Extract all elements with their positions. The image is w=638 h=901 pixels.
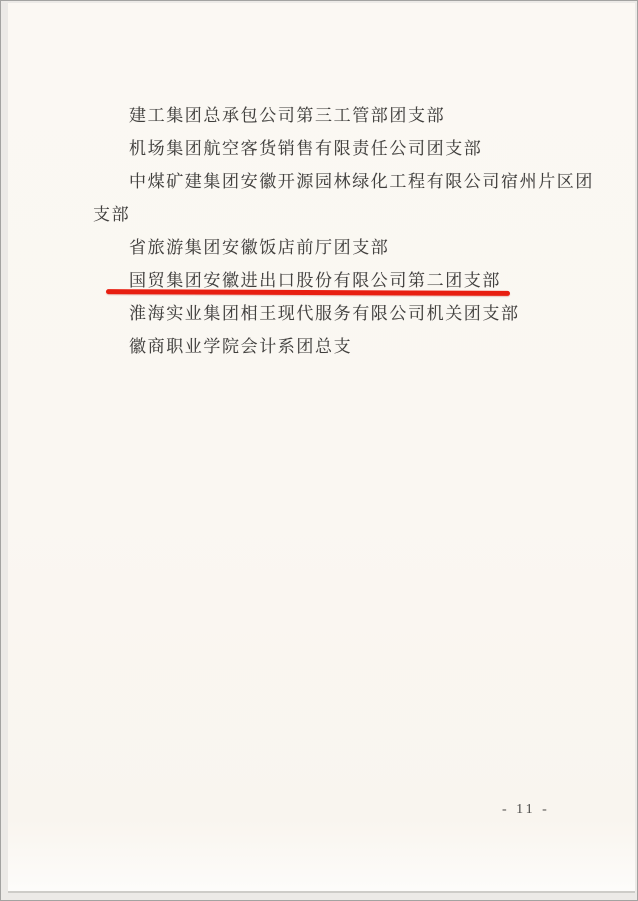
line-text: 徽商职业学院会计系团总支 — [129, 337, 352, 356]
document-line: 淮海实业集团相王现代服务有限公司机关团支部 — [93, 297, 595, 330]
document-line: 徽商职业学院会计系团总支 — [93, 330, 595, 363]
line-text: 省旅游集团安徽饭店前厅团支部 — [129, 238, 389, 257]
line-text: 支部 — [93, 205, 130, 224]
scanned-page: 建工集团总承包公司第三工管部团支部机场集团航空客货销售有限责任公司团支部中煤矿建… — [0, 0, 638, 901]
red-underline-marker — [106, 289, 510, 296]
text-block: 建工集团总承包公司第三工管部团支部机场集团航空客货销售有限责任公司团支部中煤矿建… — [93, 99, 595, 363]
line-text: 建工集团总承包公司第三工管部团支部 — [129, 106, 445, 125]
document-line: 省旅游集团安徽饭店前厅团支部 — [93, 231, 595, 264]
document-page: 建工集团总承包公司第三工管部团支部机场集团航空客货销售有限责任公司团支部中煤矿建… — [8, 3, 635, 891]
document-line: 国贸集团安徽进出口股份有限公司第二团支部 — [93, 264, 595, 297]
line-text: 中煤矿建集团安徽开源园林绿化工程有限公司宿州片区团 — [129, 172, 594, 191]
page-number: - 11 - — [502, 802, 550, 818]
document-line: 支部 — [93, 198, 595, 231]
document-line: 建工集团总承包公司第三工管部团支部 — [93, 99, 595, 132]
document-line: 中煤矿建集团安徽开源园林绿化工程有限公司宿州片区团 — [93, 165, 595, 198]
line-text: 机场集团航空客货销售有限责任公司团支部 — [129, 139, 482, 158]
line-text: 国贸集团安徽进出口股份有限公司第二团支部 — [129, 271, 501, 290]
line-text: 淮海实业集团相王现代服务有限公司机关团支部 — [129, 304, 520, 323]
document-line: 机场集团航空客货销售有限责任公司团支部 — [93, 132, 595, 165]
